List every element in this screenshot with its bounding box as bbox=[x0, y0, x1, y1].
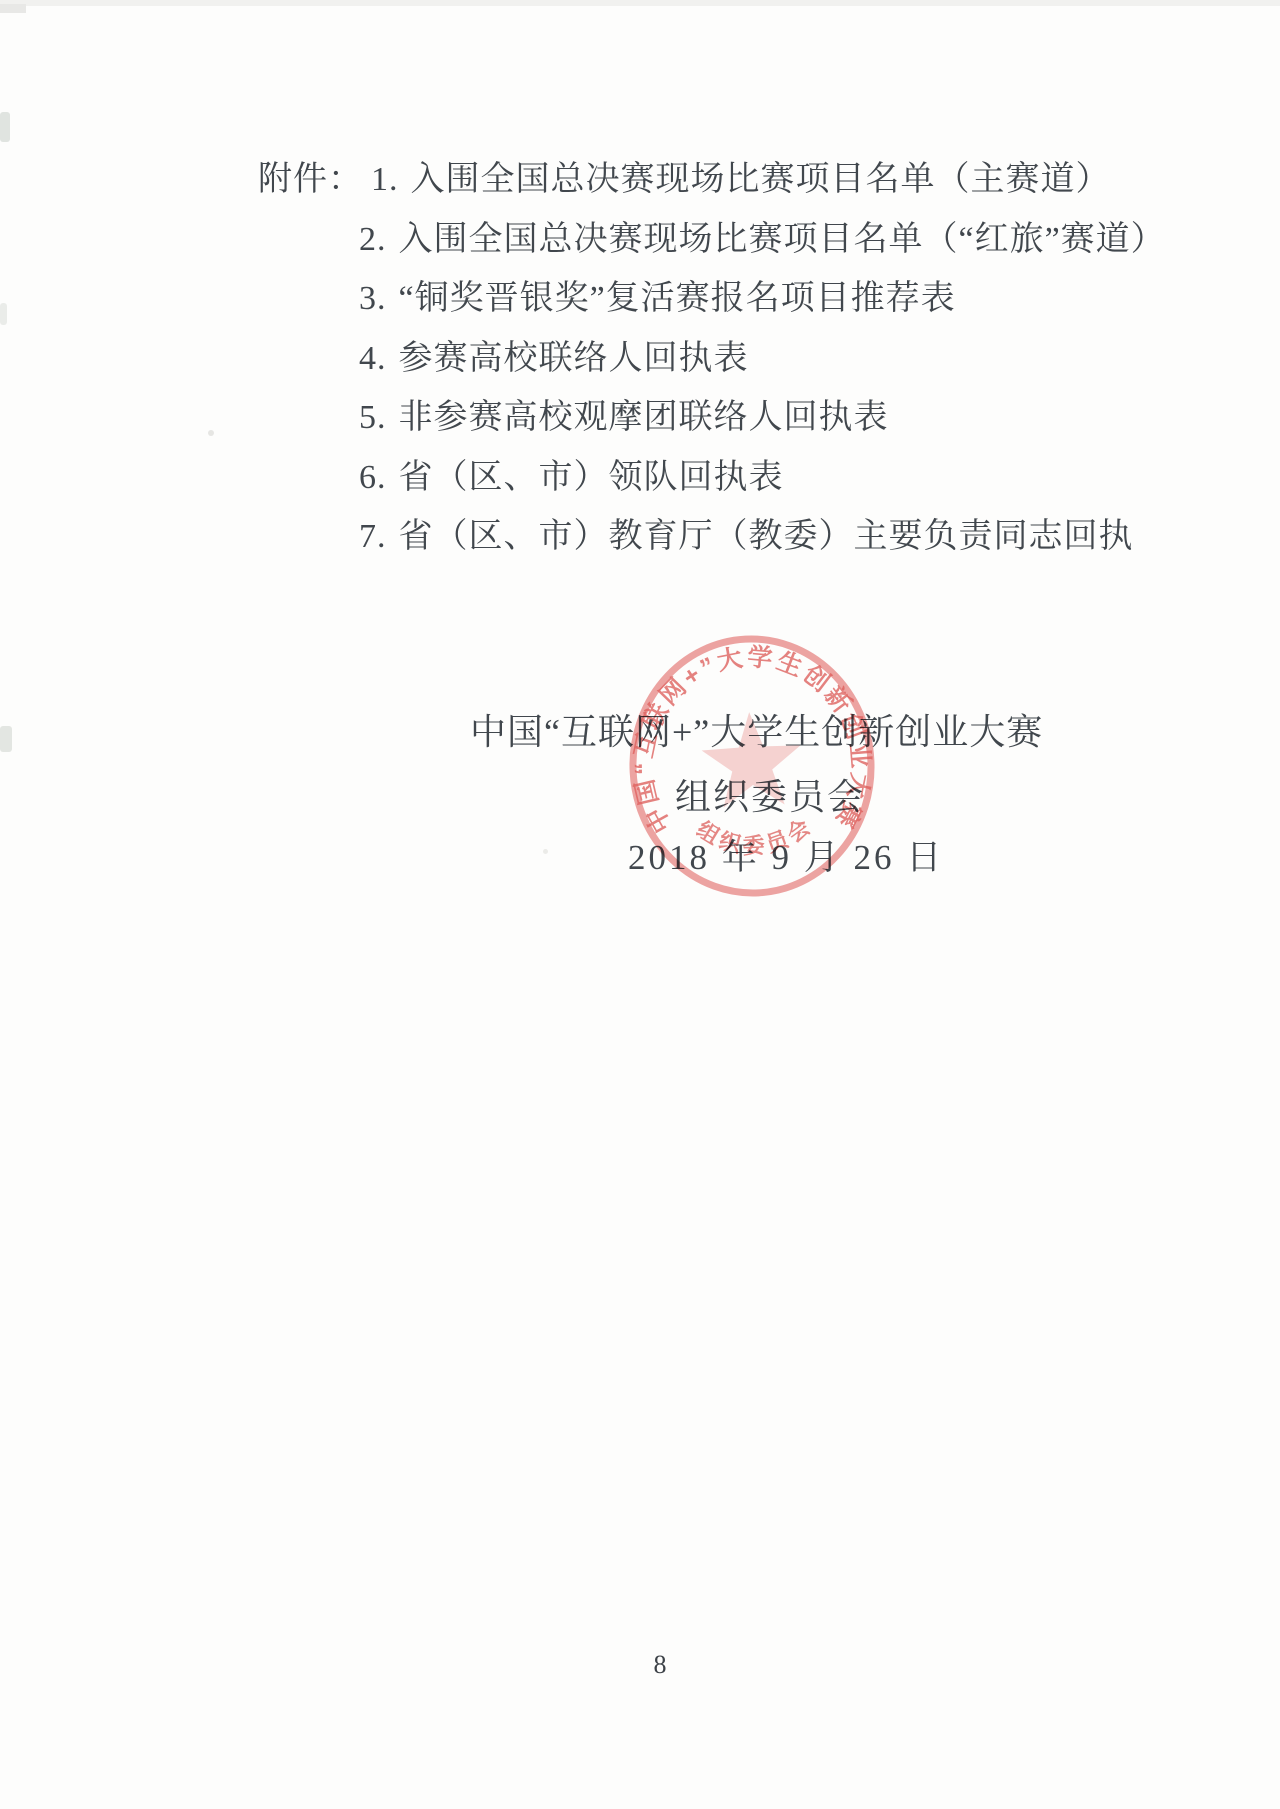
attachment-number: 4. bbox=[359, 340, 387, 377]
attachment-item: 6.省（区、市）领队回执表 bbox=[258, 448, 1166, 508]
attachment-item: 2.入围全国总决赛现场比赛项目名单（“红旅”赛道） bbox=[258, 210, 1166, 270]
scan-artifact-top-band bbox=[0, 0, 1280, 6]
attachment-title: 省（区、市）教育厅（教委）主要负责同志回执 bbox=[399, 518, 1134, 555]
attachment-number: 2. bbox=[359, 221, 387, 258]
scan-artifact-left-edge bbox=[0, 112, 10, 142]
attachment-item: 3.“铜奖晋银奖”复活赛报名项目推荐表 bbox=[258, 269, 1166, 329]
scan-speck bbox=[208, 430, 214, 436]
attachment-title: “铜奖晋银奖”复活赛报名项目推荐表 bbox=[399, 280, 956, 317]
attachment-number: 7. bbox=[359, 518, 387, 555]
attachments-list: 附件：1.入围全国总决赛现场比赛项目名单（主赛道） 2.入围全国总决赛现场比赛项… bbox=[258, 150, 1166, 567]
attachment-title: 入围全国总决赛现场比赛项目名单（主赛道） bbox=[411, 161, 1111, 198]
official-seal: 中国“互联网+”大学生创新创业大赛 组织委员会 bbox=[617, 623, 887, 908]
attachment-number: 3. bbox=[359, 280, 387, 317]
scanned-document-page: 附件：1.入围全国总决赛现场比赛项目名单（主赛道） 2.入围全国总决赛现场比赛项… bbox=[0, 0, 1280, 1809]
attachment-item: 4.参赛高校联络人回执表 bbox=[258, 329, 1166, 389]
attachment-item: 5.非参赛高校观摩团联络人回执表 bbox=[258, 388, 1166, 448]
scan-speck bbox=[543, 849, 548, 854]
seal-bottom-text: 组织委员会 bbox=[691, 811, 819, 862]
attachment-number: 6. bbox=[359, 459, 387, 496]
attachment-title: 参赛高校联络人回执表 bbox=[399, 340, 749, 377]
attachment-item: 附件：1.入围全国总决赛现场比赛项目名单（主赛道） bbox=[258, 150, 1166, 210]
attachment-item: 7.省（区、市）教育厅（教委）主要负责同志回执 bbox=[258, 507, 1166, 567]
scan-artifact-left-edge bbox=[0, 726, 12, 752]
scan-artifact-left-edge bbox=[0, 303, 7, 325]
official-seal-graphic: 中国“互联网+”大学生创新创业大赛 组织委员会 bbox=[617, 623, 887, 908]
seal-star-icon bbox=[700, 709, 804, 808]
attachment-title: 省（区、市）领队回执表 bbox=[399, 459, 784, 496]
attachment-title: 非参赛高校观摩团联络人回执表 bbox=[399, 399, 889, 436]
attachment-title: 入围全国总决赛现场比赛项目名单（“红旅”赛道） bbox=[399, 221, 1166, 258]
attachment-number: 5. bbox=[359, 399, 387, 436]
attachment-number: 1. bbox=[371, 161, 399, 198]
attachments-label: 附件： bbox=[258, 161, 363, 198]
page-number: 8 bbox=[638, 1650, 682, 1680]
scan-artifact-corner bbox=[0, 4, 26, 13]
